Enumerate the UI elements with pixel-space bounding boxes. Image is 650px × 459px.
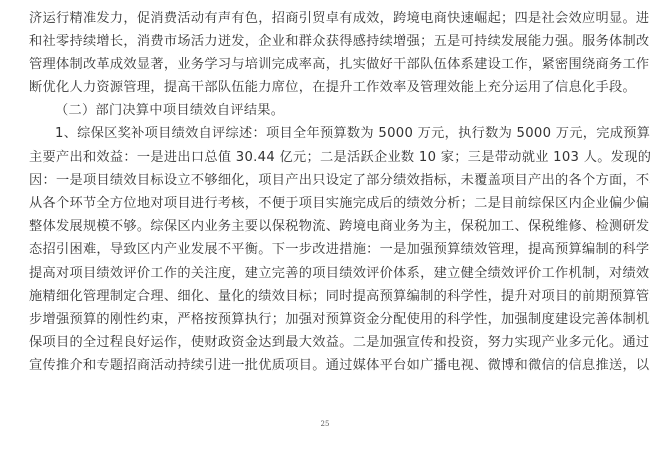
paragraph-line: 从各个环节全方位地对项目进行考核，不便于项目实施完成后的绩效分析；二是目前综保区… xyxy=(29,195,621,213)
paragraph-line: 1、综保区奖补项目绩效自评综述：项目全年预算数为 5000 万元，执行数为 50… xyxy=(55,125,621,143)
paragraph-line: 步增强预算的刚性约束，严格按预算执行；加强对预算资金分配使用的科学性，加强制度建… xyxy=(29,311,621,329)
paragraph-line: 态招引困难，导致区内产业发展不平衡。下一步改进措施：一是加强预算绩效管理，提高预… xyxy=(29,241,621,259)
paragraph-line: 和社零持续增长，消费市场活力迸发，企业和群众获得感持续增强；五是可持续发展能力强… xyxy=(29,33,621,51)
page-number: 25 xyxy=(315,420,335,428)
paragraph-line: 整体发展规模不够。综保区内业务主要以保税物流、跨境电商业务为主，保税加工、保税维… xyxy=(29,218,621,236)
document-page: 济运行精准发力，促消费活动有声有色，招商引贸卓有成效，跨境电商快速崛起；四是社会… xyxy=(0,0,650,459)
paragraph-line: 济运行精准发力，促消费活动有声有色，招商引贸卓有成效，跨境电商快速崛起；四是社会… xyxy=(29,10,621,28)
paragraph-line: 施精细化管理制定合理、细化、量化的绩效目标；同时提高预算编制的科学性，提升对项目… xyxy=(29,288,621,306)
paragraph-line: 因：一是项目绩效目标设立不够细化，项目产出只设定了部分绩效指标，未覆盖项目产出的… xyxy=(29,172,621,190)
paragraph-line: 管理体制改革成效显著，业务学习与培训完成率高，扎实做好干部队伍体系建设工作，紧密… xyxy=(29,56,621,74)
section-heading: （二）部门决算中项目绩效自评结果。 xyxy=(55,102,621,120)
paragraph-line: 保项目的全过程良好运作，使财政资金达到最大效益。二是加强宣传和投资，努力实现产业… xyxy=(29,334,621,352)
paragraph-line: 宣传推介和专题招商活动持续引进一批优质项目。通过媒体平台如广播电视、微博和微信的… xyxy=(29,357,621,375)
paragraph-line: 断优化人力资源管理，提高干部队伍能力席位，在提升工作效率及管理效能上充分运用了信… xyxy=(29,79,621,97)
paragraph-line: 主要产出和效益：一是进出口总值 30.44 亿元；二是活跃企业数 10 家；三是… xyxy=(29,149,621,167)
paragraph-line: 提高对项目绩效评价工作的关注度，建立完善的项目绩效评价体系，建立健全绩效评价工作… xyxy=(29,265,621,283)
